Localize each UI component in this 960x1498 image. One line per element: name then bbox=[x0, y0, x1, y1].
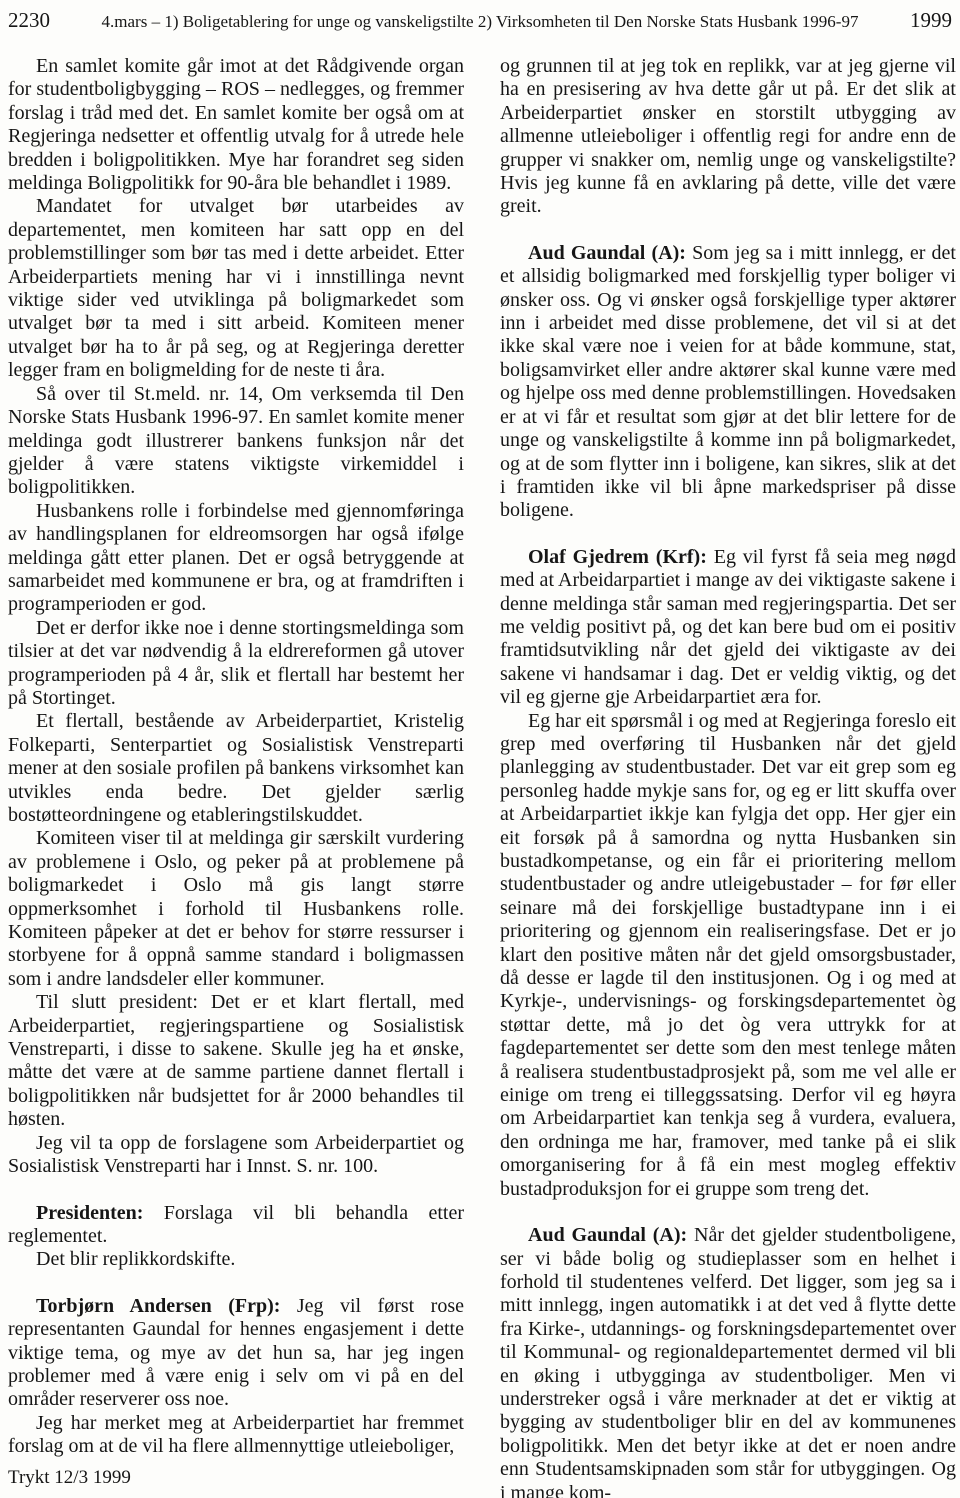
text-columns: En samlet komite går imot at det Rådgive… bbox=[8, 55, 956, 1498]
speech-paragraph: Olaf Gjedrem (Krf): Eg vil fyrst få seia… bbox=[500, 546, 956, 710]
paragraph: Jeg vil ta opp de forslagene som Arbeide… bbox=[8, 1132, 464, 1179]
speaker-name: Aud Gaundal (A): bbox=[528, 242, 686, 264]
running-title: 4.mars – 1) Boligetablering for unge og … bbox=[50, 10, 910, 34]
printed-note: Trykt 12/3 1999 bbox=[8, 1467, 131, 1488]
paragraph: Til slutt president: Det er et klart fle… bbox=[8, 991, 464, 1131]
document-page: 2230 4.mars – 1) Boligetablering for ung… bbox=[0, 0, 960, 1498]
speaker-name: Olaf Gjedrem (Krf): bbox=[528, 546, 707, 568]
speech-text: Eg vil fyrst få seia meg nøgd med at Arb… bbox=[500, 546, 956, 708]
paragraph: Et flertall, bestående av Arbeiderpartie… bbox=[8, 710, 464, 827]
print-footer: Trykt 12/3 1999 bbox=[8, 1467, 131, 1489]
speech-text: Som jeg sa i mitt innlegg, er det et all… bbox=[500, 242, 956, 521]
speaker-name: Presidenten: bbox=[36, 1202, 143, 1224]
paragraph: Det er derfor ikke noe i denne stortings… bbox=[8, 617, 464, 711]
speech-paragraph: Aud Gaundal (A): Når det gjelder student… bbox=[500, 1224, 956, 1498]
speech-paragraph: Aud Gaundal (A): Som jeg sa i mitt innle… bbox=[500, 242, 956, 523]
speaker-name: Aud Gaundal (A): bbox=[528, 1224, 687, 1246]
left-column: En samlet komite går imot at det Rådgive… bbox=[8, 55, 464, 1498]
speaker-name: Torbjørn Andersen (Frp): bbox=[36, 1295, 280, 1317]
header-year: 1999 bbox=[910, 8, 952, 32]
paragraph: Så over til St.meld. nr. 14, Om verksemd… bbox=[8, 383, 464, 500]
page-number: 2230 bbox=[8, 8, 50, 32]
paragraph: En samlet komite går imot at det Rådgive… bbox=[8, 55, 464, 195]
paragraph: Husbankens rolle i forbindelse med gjenn… bbox=[8, 500, 464, 617]
paragraph: Det blir replikkordskifte. bbox=[8, 1248, 464, 1271]
speech-paragraph: Torbjørn Andersen (Frp): Jeg vil først r… bbox=[8, 1295, 464, 1412]
paragraph: Eg har eit spørsmål i og med at Regjerin… bbox=[500, 710, 956, 1202]
right-column: og grunnen til at jeg tok en replikk, va… bbox=[500, 55, 956, 1498]
speech-paragraph: Presidenten: Forslaga vil bli behandla e… bbox=[8, 1202, 464, 1249]
paragraph: Komiteen viser til at meldinga gir særsk… bbox=[8, 827, 464, 991]
paragraph-continuation: og grunnen til at jeg tok en replikk, va… bbox=[500, 55, 956, 219]
paragraph: Jeg har merket meg at Arbeiderpartiet ha… bbox=[8, 1412, 464, 1459]
paragraph: Mandatet for utvalget bør utarbeides av … bbox=[8, 195, 464, 382]
running-header: 2230 4.mars – 1) Boligetablering for ung… bbox=[8, 8, 952, 34]
speech-text: Når det gjelder studentboligene, ser vi … bbox=[500, 1224, 956, 1498]
